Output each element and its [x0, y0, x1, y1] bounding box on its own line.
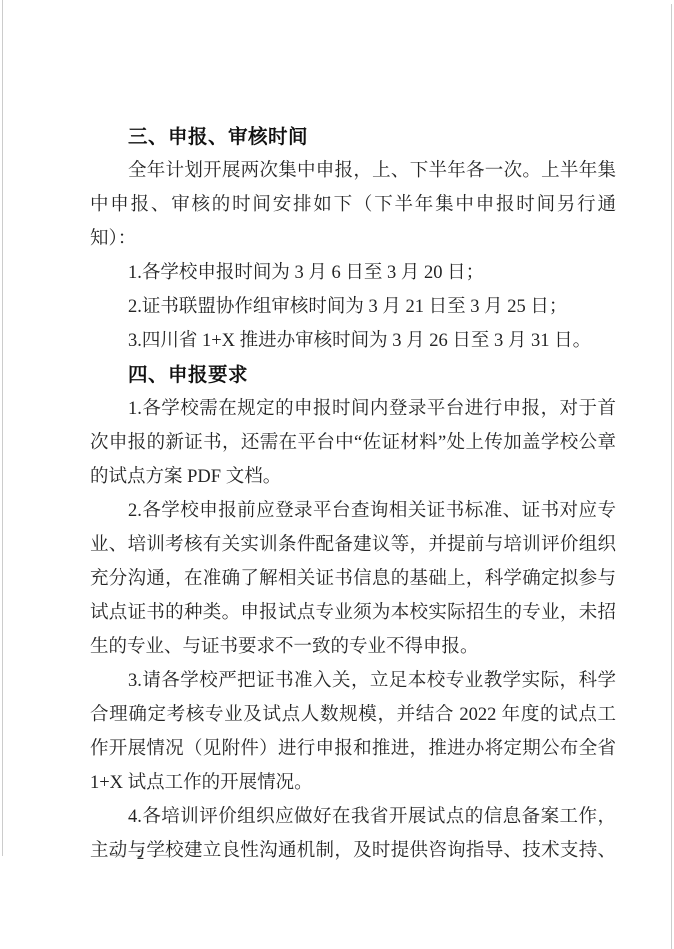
section-heading-application-review-time: 三、申报、审核时间: [90, 120, 616, 154]
page-number-value: 2: [135, 847, 147, 863]
paragraph-requirement-3: 3.请各学校严把证书准入关，立足本校专业教学实际，科学合理确定考核专业及试点人数…: [90, 664, 616, 800]
paragraph-schedule-item-3: 3.四川省 1+X 推进办审核时间为 3 月 26 日至 3 月 31 日。: [90, 324, 616, 358]
page-number: — 2 —: [110, 846, 171, 864]
paragraph-requirement-2: 2.各学校申报前应登录平台查询相关证书标准、证书对应专业、培训考核有关实训条件配…: [90, 494, 616, 664]
page-number-dash-right: —: [156, 847, 171, 863]
paragraph-schedule-item-1: 1.各学校申报时间为 3 月 6 日至 3 月 20 日；: [90, 256, 616, 290]
paragraph-schedule-item-2: 2.证书联盟协作组审核时间为 3 月 21 日至 3 月 25 日；: [90, 290, 616, 324]
document-body: 三、申报、审核时间 全年计划开展两次集中申报，上、下半年各一次。上半年集中申报、…: [90, 120, 616, 868]
paragraph-schedule-intro: 全年计划开展两次集中申报，上、下半年各一次。上半年集中申报、审核的时间安排如下（…: [90, 154, 616, 256]
section-heading-application-requirements: 四、申报要求: [90, 358, 616, 392]
document-page: 三、申报、审核时间 全年计划开展两次集中申报，上、下半年各一次。上半年集中申报、…: [0, 0, 674, 949]
page-edge-left-line: [2, 0, 3, 856]
page-edge-right-line: [671, 4, 672, 949]
page-number-dash-left: —: [110, 847, 125, 863]
paragraph-requirement-1: 1.各学校需在规定的申报时间内登录平台进行申报，对于首次申报的新证书，还需在平台…: [90, 392, 616, 494]
